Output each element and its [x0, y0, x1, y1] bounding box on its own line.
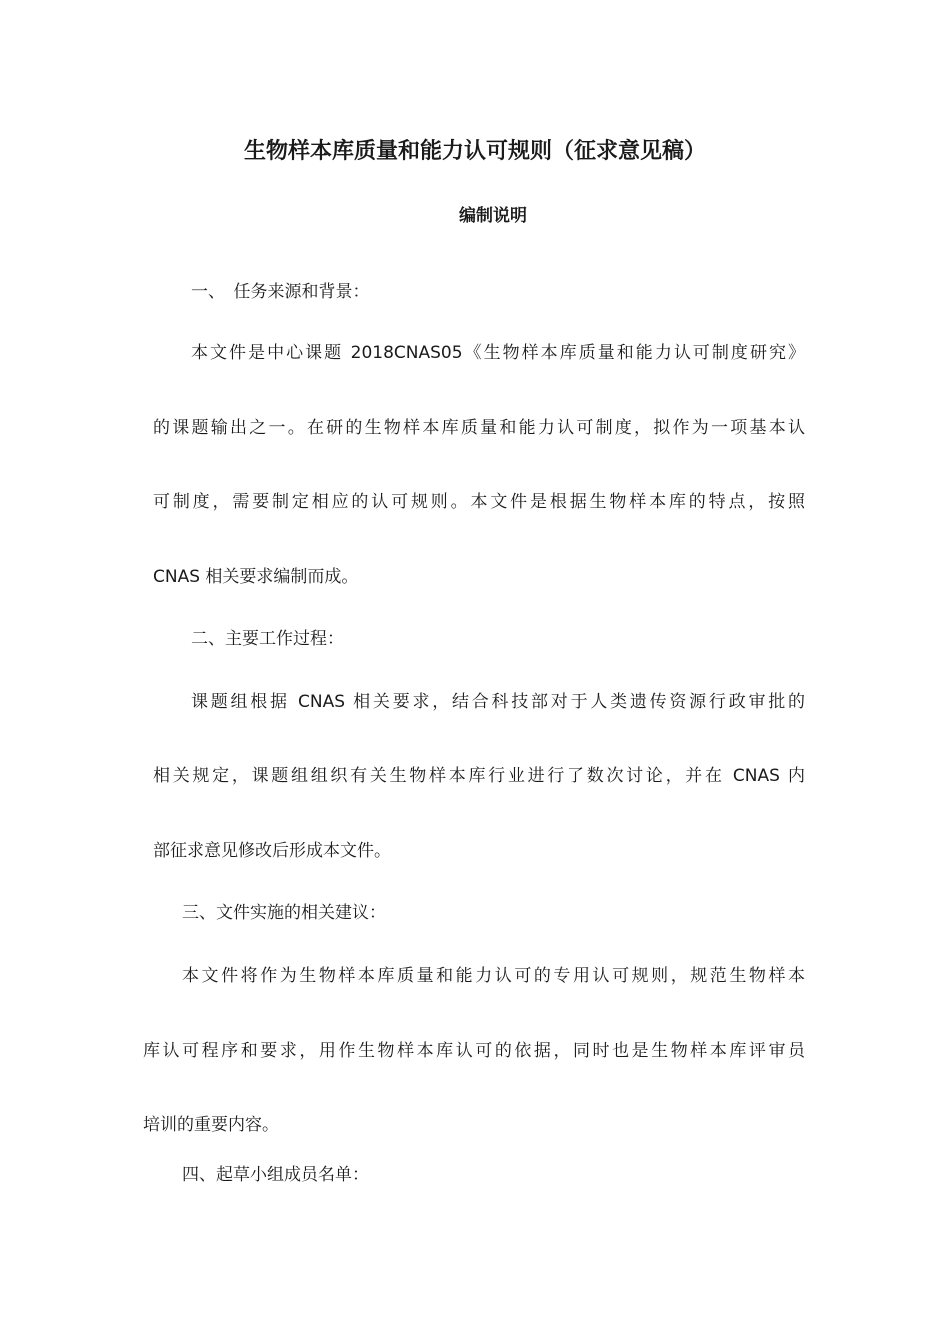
paragraph-line: 库认可程序和要求，用作生物样本库认可的依据，同时也是生物样本库评审员 [143, 1039, 805, 1063]
document-title: 生物样本库质量和能力认可规则（征求意见稿） [0, 137, 950, 167]
paragraph-line: 本文件是中心课题 2018CNAS05《生物样本库质量和能力认可制度研究》 [191, 341, 805, 365]
paragraph-line: 相关规定，课题组组织有关生物样本库行业进行了数次讨论，并在 CNAS 内 [153, 764, 805, 788]
paragraph-line: 部征求意见修改后形成本文件。 [153, 839, 391, 863]
section-heading-4: 四、起草小组成员名单： [182, 1163, 369, 1187]
section-heading-1: 一、 任务来源和背景： [191, 280, 370, 304]
paragraph-line: CNAS 相关要求编制而成。 [153, 565, 358, 589]
paragraph-line: 课题组根据 CNAS 相关要求，结合科技部对于人类遗传资源行政审批的 [191, 690, 805, 714]
paragraph-line: 培训的重要内容。 [143, 1113, 279, 1137]
paragraph-line: 的课题输出之一。在研的生物样本库质量和能力认可制度，拟作为一项基本认 [153, 416, 805, 440]
document-subtitle: 编制说明 [0, 204, 950, 228]
section-heading-2: 二、主要工作过程： [191, 627, 344, 651]
section-heading-3: 三、文件实施的相关建议： [182, 901, 386, 925]
paragraph-line: 本文件将作为生物样本库质量和能力认可的专用认可规则，规范生物样本 [182, 964, 805, 988]
paragraph-line: 可制度，需要制定相应的认可规则。本文件是根据生物样本库的特点，按照 [153, 490, 805, 514]
